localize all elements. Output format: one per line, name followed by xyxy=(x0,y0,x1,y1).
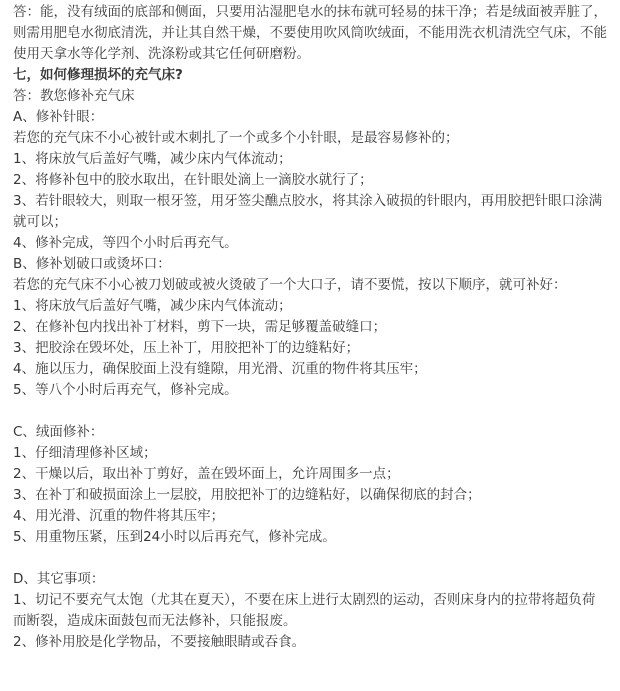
text-line: 4、修补完成，等四个小时后再充气。 xyxy=(13,233,608,254)
text-line: 答：能，没有绒面的底部和侧面，只要用沾湿肥皂水的抹布就可轻易的抹干净；若是绒面被… xyxy=(13,2,608,23)
text-line: 而断裂，造成床面鼓包而无法修补，只能报废。 xyxy=(13,611,608,632)
text-line: 1、将床放气后盖好气嘴，减少床内气体流动； xyxy=(13,149,608,170)
text-line: 3、在补丁和破损面涂上一层胶，用胶把补丁的边缝粘好，以确保彻底的封合； xyxy=(13,485,608,506)
text-line: 若您的充气床不小心被刀划破或被火烫破了一个大口子，请不要慌，按以下顺序，就可补好… xyxy=(13,275,608,296)
text-line: 1、切记不要充气太饱（尤其在夏天），不要在床上进行太剧烈的运动，否则床身内的拉带… xyxy=(13,590,608,611)
text-line: 则需用肥皂水彻底清洗，并让其自然干燥，不要使用吹风筒吹绒面，不能用洗衣机清洗空气… xyxy=(13,23,608,44)
document-body: 答：能，没有绒面的底部和侧面，只要用沾湿肥皂水的抹布就可轻易的抹干净；若是绒面被… xyxy=(0,0,620,691)
text-line: 2、干燥以后，取出补丁剪好，盖在毁坏面上，允许周围多一点； xyxy=(13,464,608,485)
text-line: 1、将床放气后盖好气嘴，减少床内气体流动； xyxy=(13,296,608,317)
text-line: 4、施以压力，确保胶面上没有缝隙，用光滑、沉重的物件将其压牢； xyxy=(13,359,608,380)
text-line: 1、仔细清理修补区域； xyxy=(13,443,608,464)
text-line: 答：教您修补充气床 xyxy=(13,86,608,107)
text-line: 5、等八个小时后再充气，修补完成。 xyxy=(13,380,608,401)
text-line: B、修补划破口或烫坏口： xyxy=(13,254,608,275)
text-line: 七，如何修理损坏的充气床? xyxy=(13,65,608,86)
text-line: 3、若针眼较大，则取一根牙签，用牙签尖醮点胶水，将其涂入破损的针眼内，再用胶把针… xyxy=(13,191,608,212)
text-line: 就可以； xyxy=(13,212,608,233)
text-line: 4、用光滑、沉重的物件将其压牢； xyxy=(13,506,608,527)
blank-line xyxy=(13,548,608,569)
text-line: C、绒面修补： xyxy=(13,422,608,443)
text-line: 2、修补用胶是化学物品，不要接触眼睛或吞食。 xyxy=(13,632,608,653)
text-line: A、修补针眼： xyxy=(13,107,608,128)
text-line: 若您的充气床不小心被针或木刺扎了一个或多个小针眼，是最容易修补的； xyxy=(13,128,608,149)
text-line: 使用天拿水等化学剂、洗涤粉或其它任何研磨粉。 xyxy=(13,44,608,65)
text-line: 2、将修补包中的胶水取出，在针眼处滴上一滴胶水就行了； xyxy=(13,170,608,191)
text-line: 2、在修补包内找出补丁材料，剪下一块，需足够覆盖破缝口； xyxy=(13,317,608,338)
blank-line xyxy=(13,401,608,422)
text-line: 5、用重物压紧，压到24小时以后再充气，修补完成。 xyxy=(13,527,608,548)
text-line: 3、把胶涂在毁坏处，压上补丁，用胶把补丁的边缝粘好； xyxy=(13,338,608,359)
text-line: D、其它事项： xyxy=(13,569,608,590)
page: { "page": { "background": "#ffffff", "te… xyxy=(0,0,620,691)
